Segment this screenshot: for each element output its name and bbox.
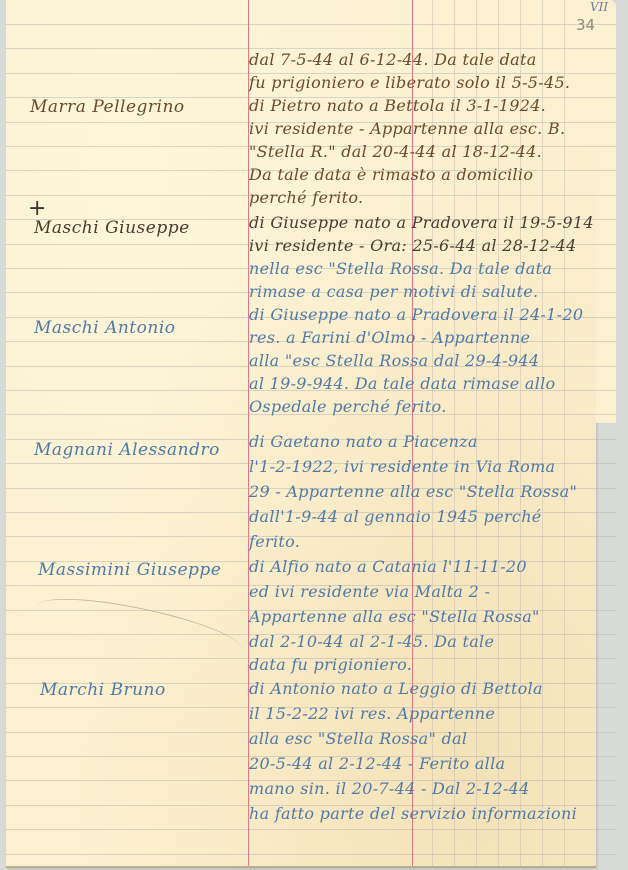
entry-line: alla esc "Stella Rossa" dal: [249, 729, 467, 749]
entry-line: mano sin. il 20-7-44 - Dal 2-12-44: [249, 779, 530, 799]
corner-mark: VII: [590, 0, 608, 14]
entry-line: ferito.: [249, 532, 300, 552]
entry-name: Marchi Bruno: [40, 680, 166, 700]
entry-line: perché ferito.: [249, 188, 363, 208]
ledger-page-flap: [596, 0, 616, 423]
entry-line: Ospedale perché ferito.: [249, 397, 447, 417]
entry-name: Magnani Alessandro: [34, 440, 220, 460]
page-number: 34: [576, 16, 595, 34]
entry-line: di Giuseppe nato a Pradovera il 19-5-914: [249, 213, 594, 233]
entry-line: al 19-9-944. Da tale data rimase allo: [249, 374, 555, 394]
entry-line: di Giuseppe nato a Pradovera il 24-1-20: [249, 305, 583, 325]
entry-line: rimase a casa per motivi di salute.: [249, 282, 538, 302]
entry-line: Appartenne alla esc "Stella Rossa": [249, 607, 540, 627]
entry-line: alla "esc Stella Rossa dal 29-4-944: [249, 351, 539, 371]
entry-line: dal 2-10-44 al 2-1-45. Da tale: [249, 632, 494, 652]
entry-line: ha fatto parte del servizio informazioni: [249, 804, 577, 824]
entry-continued-line: dal 7-5-44 al 6-12-44. Da tale data: [249, 50, 537, 70]
entry-line: nella esc "Stella Rossa. Da tale data: [249, 259, 552, 279]
entry-line: il 15-2-22 ivi res. Appartenne: [249, 704, 495, 724]
entry-name: Maschi Antonio: [34, 318, 176, 338]
entry-line: ivi residente - Appartenne alla esc. B.: [249, 119, 565, 139]
ruled-line: [6, 829, 616, 830]
entry-line: "Stella R." dal 20-4-44 al 18-12-44.: [249, 142, 542, 162]
entry-line: Da tale data è rimasto a domicilio: [249, 165, 533, 185]
ruled-line: [6, 48, 616, 49]
entry-line: di Alfio nato a Catania l'11-11-20: [249, 557, 527, 577]
entry-line: data fu prigioniero.: [249, 655, 412, 675]
entry-line: dall'1-9-44 al gennaio 1945 perché: [249, 507, 542, 527]
entry-line: 29 - Appartenne alla esc "Stella Rossa": [249, 482, 577, 502]
ruled-line: [6, 24, 616, 25]
entry-line: di Pietro nato a Bettola il 3-1-1924.: [249, 96, 546, 116]
ruled-line: [6, 536, 616, 537]
entry-line: ivi residente - Ora: 25-6-44 al 28-12-44: [249, 236, 577, 256]
ruled-line: [6, 854, 616, 855]
entry-line: res. a Farini d'Olmo - Appartenne: [249, 328, 530, 348]
entry-name: Maschi Giuseppe: [34, 218, 190, 238]
entry-line: l'1-2-1922, ivi residente in Via Roma: [249, 457, 555, 477]
entry-line: di Gaetano nato a Piacenza: [249, 432, 478, 452]
entry-continued-line: fu prigioniero e liberato solo il 5-5-45…: [249, 73, 570, 93]
entry-line: di Antonio nato a Leggio di Bettola: [249, 679, 543, 699]
entry-line: ed ivi residente via Malta 2 -: [249, 582, 490, 602]
entry-line: 20-5-44 al 2-12-44 - Ferito alla: [249, 754, 505, 774]
entry-name: Marra Pellegrino: [30, 97, 185, 117]
entry-name: Massimini Giuseppe: [38, 560, 221, 580]
